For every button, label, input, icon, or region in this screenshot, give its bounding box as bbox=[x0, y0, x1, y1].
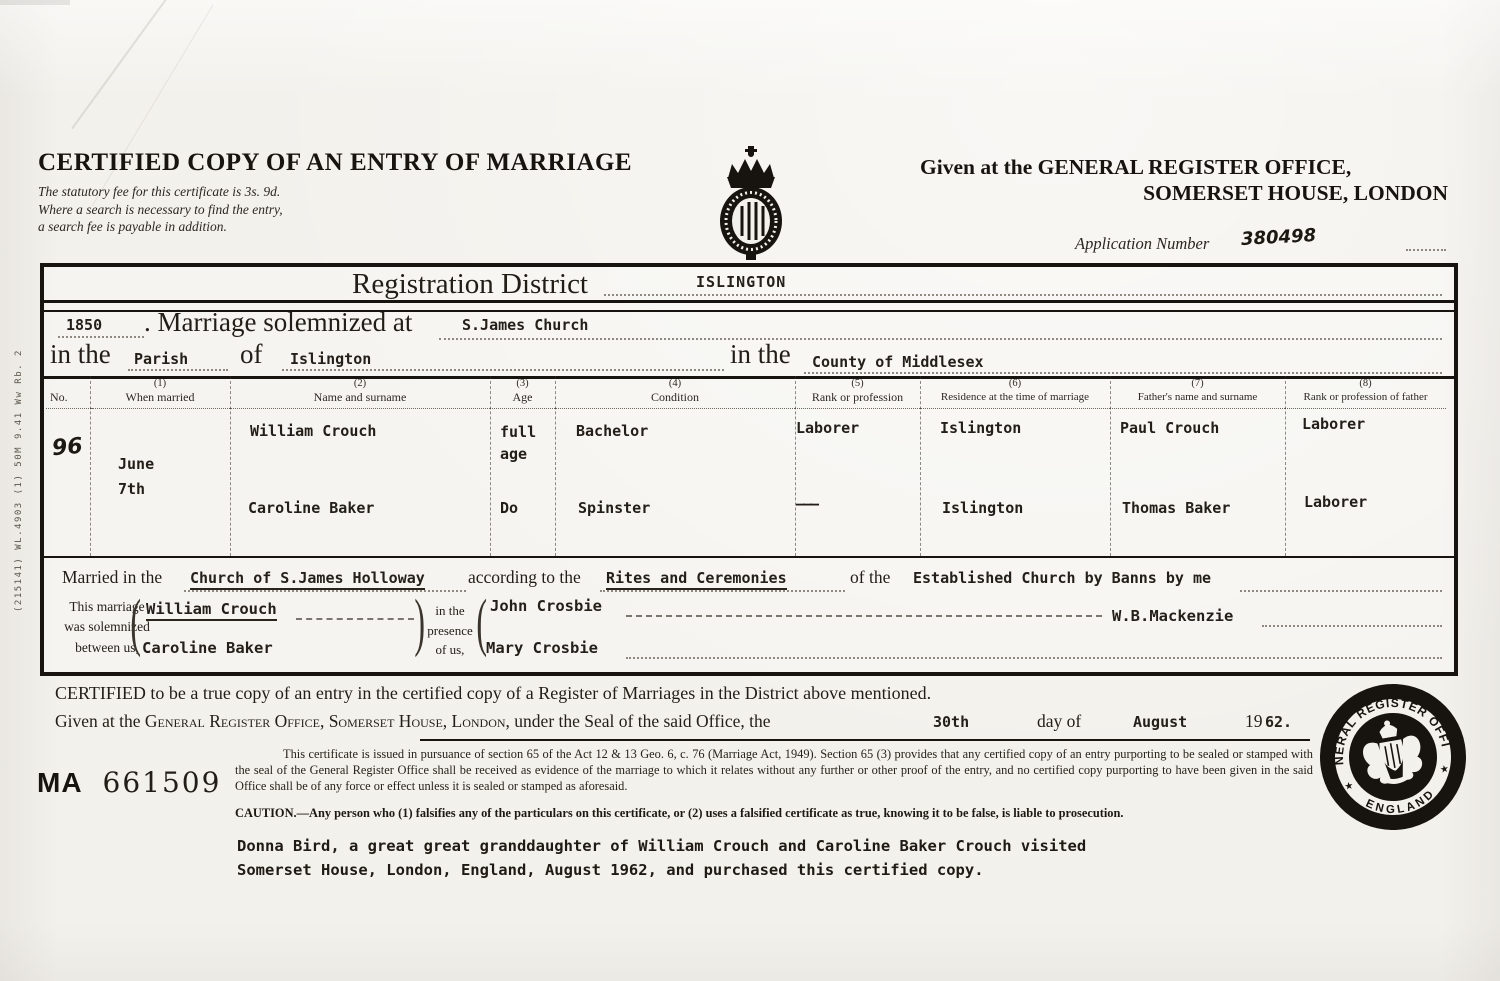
rites-value: Rites and Ceremonies bbox=[606, 569, 787, 590]
when-married-day: 7th bbox=[118, 477, 154, 502]
fee-note-line: Where a search is necessary to find the … bbox=[38, 201, 632, 219]
column-label: When married bbox=[90, 390, 230, 405]
column-label: No. bbox=[50, 390, 93, 405]
reference-prefix: MA bbox=[37, 767, 83, 798]
given-mid: under the Seal of the said Office, the bbox=[510, 711, 771, 731]
column-number: (2) bbox=[230, 377, 490, 390]
column-header-no: No. bbox=[46, 377, 93, 409]
column-header-father-rank: (8) Rank or profession of father bbox=[1285, 377, 1446, 409]
caution-statement: CAUTION.—Any person who (1) falsifies an… bbox=[235, 806, 1315, 821]
groom-father-cell: Paul Crouch bbox=[1120, 419, 1219, 437]
application-number-value: 380498 bbox=[1241, 225, 1317, 250]
solemnized-at-label: . Marriage solemnized at bbox=[144, 307, 412, 338]
dotted-line bbox=[604, 293, 1442, 296]
label-line: of us, bbox=[422, 640, 478, 660]
seal-year-value: 62. bbox=[1265, 713, 1292, 731]
issuing-office-line2: SOMERSET HOUSE, LONDON bbox=[900, 181, 1448, 206]
issuing-office-line1: Given at the GENERAL REGISTER OFFICE, bbox=[920, 155, 1351, 180]
groom-age-cell: full age bbox=[500, 422, 536, 466]
dashed-line bbox=[296, 617, 414, 620]
county-value: County of Middlesex bbox=[812, 353, 984, 371]
certificate-entry-box: Registration District ISLINGTON 1850 . M… bbox=[40, 263, 1458, 676]
given-prefix: Given at the bbox=[55, 711, 145, 731]
when-married-cell: June 7th bbox=[118, 452, 154, 502]
area-type-value: Parish bbox=[134, 350, 188, 368]
dotted-line bbox=[58, 335, 144, 338]
dotted-line bbox=[128, 368, 228, 371]
application-number-label: Application Number bbox=[1075, 234, 1209, 254]
column-number: (6) bbox=[920, 377, 1110, 390]
label-line: in the bbox=[422, 601, 478, 621]
certified-statement: CERTIFIED to be a true copy of an entry … bbox=[55, 683, 931, 704]
royal-crest-icon bbox=[708, 146, 794, 260]
officiant-signature: W.B.Mackenzie bbox=[1112, 607, 1233, 625]
seal-month-value: August bbox=[1133, 713, 1187, 731]
witness1-signature: John Crosbie bbox=[490, 597, 602, 615]
dotted-line bbox=[1262, 624, 1442, 627]
column-label: Age bbox=[490, 390, 555, 405]
presence-label: in the presence of us, bbox=[422, 601, 478, 660]
registration-district-label: Registration District bbox=[300, 268, 640, 301]
column-header-residence: (6) Residence at the time of marriage bbox=[920, 377, 1110, 409]
seal-star: ★ bbox=[1344, 780, 1355, 792]
married-in-label: Married in the bbox=[62, 567, 162, 588]
of-label: of bbox=[240, 339, 263, 370]
column-number: (7) bbox=[1110, 377, 1285, 390]
column-number: (8) bbox=[1285, 377, 1446, 390]
bride-name-cell: Caroline Baker bbox=[248, 499, 374, 517]
column-number: (4) bbox=[555, 377, 795, 390]
seal-day-value: 30th bbox=[933, 713, 969, 731]
dotted-line bbox=[1240, 589, 1442, 592]
column-divider bbox=[230, 376, 231, 556]
column-divider bbox=[1285, 376, 1286, 556]
groom-age-line: full bbox=[500, 422, 536, 444]
seal-star: ★ bbox=[1439, 764, 1450, 776]
married-in-value: Church of S.James Holloway bbox=[190, 569, 425, 590]
column-divider bbox=[795, 376, 796, 556]
groom-condition-cell: Bachelor bbox=[576, 422, 648, 440]
given-at-statement: Given at the General Register Office, So… bbox=[55, 711, 1395, 739]
dashed-line bbox=[626, 614, 1102, 617]
marriage-certificate-scan: { "colors": { "paper": "#f3f1ec", "ink":… bbox=[0, 0, 1500, 981]
legal-fine-print: This certificate is issued in pursuance … bbox=[235, 747, 1313, 794]
bride-residence-cell: Islington bbox=[942, 499, 1023, 517]
groom-father-rank-cell: Laborer bbox=[1302, 415, 1365, 433]
bride-signature: Caroline Baker bbox=[142, 639, 273, 657]
column-divider bbox=[490, 376, 491, 556]
entry-year: 1850 bbox=[66, 316, 102, 334]
dotted-line bbox=[1406, 248, 1446, 251]
section-divider bbox=[40, 556, 1458, 558]
column-number: (1) bbox=[90, 377, 230, 390]
brace-glyph: ( bbox=[130, 590, 141, 655]
column-label: Condition bbox=[555, 390, 795, 405]
solemnized-place: S.James Church bbox=[462, 316, 588, 334]
column-label: Residence at the time of marriage bbox=[920, 390, 1110, 405]
certificate-reference: MA 661509 bbox=[37, 766, 221, 799]
groom-age-line: age bbox=[500, 444, 536, 466]
column-header-father-name: (7) Father's name and surname bbox=[1110, 377, 1285, 409]
paper-crease bbox=[71, 0, 167, 129]
genealogy-note: Donna Bird, a great great granddaughter … bbox=[237, 834, 1086, 882]
column-header-when-married: (1) When married bbox=[90, 377, 230, 409]
column-header-condition: (4) Condition bbox=[555, 377, 795, 409]
groom-signature: William Crouch bbox=[146, 600, 277, 621]
when-married-month: June bbox=[118, 452, 154, 477]
bride-father-rank-cell: Laborer bbox=[1304, 493, 1367, 511]
given-office: General Register Office, Somerset House,… bbox=[145, 711, 510, 731]
in-the-label: in the bbox=[50, 339, 111, 370]
church-value: Established Church by Banns by me bbox=[913, 569, 1211, 587]
note-line: Somerset House, London, England, August … bbox=[237, 858, 1086, 882]
dotted-line bbox=[282, 368, 724, 371]
column-number bbox=[50, 377, 93, 390]
dotted-line bbox=[600, 589, 845, 592]
entry-number: 96 bbox=[51, 434, 84, 462]
witness2-signature: Mary Crosbie bbox=[486, 639, 598, 657]
paper-crease bbox=[0, 0, 70, 5]
register-office-seal: GENERAL REGISTER OFFICE ENGLAND ★ ★ bbox=[1306, 670, 1480, 844]
column-number: (3) bbox=[490, 377, 555, 390]
day-of-label: day of bbox=[1037, 711, 1081, 732]
column-label: Name and surname bbox=[230, 390, 490, 405]
bride-condition-cell: Spinster bbox=[578, 499, 650, 517]
year-prefix: 19 bbox=[1245, 711, 1263, 732]
area-name-value: Islington bbox=[290, 350, 371, 368]
page-title: CERTIFIED COPY OF AN ENTRY OF MARRIAGE bbox=[38, 149, 632, 177]
dotted-line bbox=[626, 656, 1442, 659]
column-divider bbox=[555, 376, 556, 556]
dotted-line bbox=[439, 337, 1442, 340]
in-the-label-2: in the bbox=[730, 339, 791, 370]
column-label: Rank or profession bbox=[795, 390, 920, 405]
bride-rank-cell: ——— bbox=[796, 495, 817, 513]
groom-residence-cell: Islington bbox=[940, 419, 1021, 437]
dotted-line bbox=[804, 371, 1442, 374]
reference-number: 661509 bbox=[103, 766, 222, 799]
underline-rule bbox=[420, 739, 1310, 741]
bride-father-cell: Thomas Baker bbox=[1122, 499, 1230, 517]
fee-note-line: a search fee is payable in addition. bbox=[38, 218, 632, 236]
fee-note-line: The statutory fee for this certificate i… bbox=[38, 183, 632, 201]
of-the-label: of the bbox=[850, 567, 890, 588]
column-label: Father's name and surname bbox=[1110, 390, 1285, 405]
column-divider bbox=[920, 376, 921, 556]
groom-name-cell: William Crouch bbox=[250, 422, 376, 440]
column-header-rank: (5) Rank or profession bbox=[795, 377, 920, 409]
note-line: Donna Bird, a great great granddaughter … bbox=[237, 834, 1086, 858]
document-header: CERTIFIED COPY OF AN ENTRY OF MARRIAGE T… bbox=[38, 149, 632, 236]
column-number: (5) bbox=[795, 377, 920, 390]
margin-print-code: (215141) WL.4903 (1) 50M 9.41 Ww Rb. 2 bbox=[14, 349, 24, 612]
column-divider bbox=[1110, 376, 1111, 556]
column-label: Rank or profession of father bbox=[1285, 390, 1446, 405]
registration-district-value: ISLINGTON bbox=[696, 273, 786, 291]
label-line: presence bbox=[422, 621, 478, 641]
groom-rank-cell: Laborer bbox=[796, 419, 859, 437]
column-divider bbox=[90, 376, 91, 556]
bride-age-cell: Do bbox=[500, 499, 518, 517]
column-header-name-surname: (2) Name and surname bbox=[230, 377, 490, 409]
column-header-age: (3) Age bbox=[490, 377, 555, 409]
